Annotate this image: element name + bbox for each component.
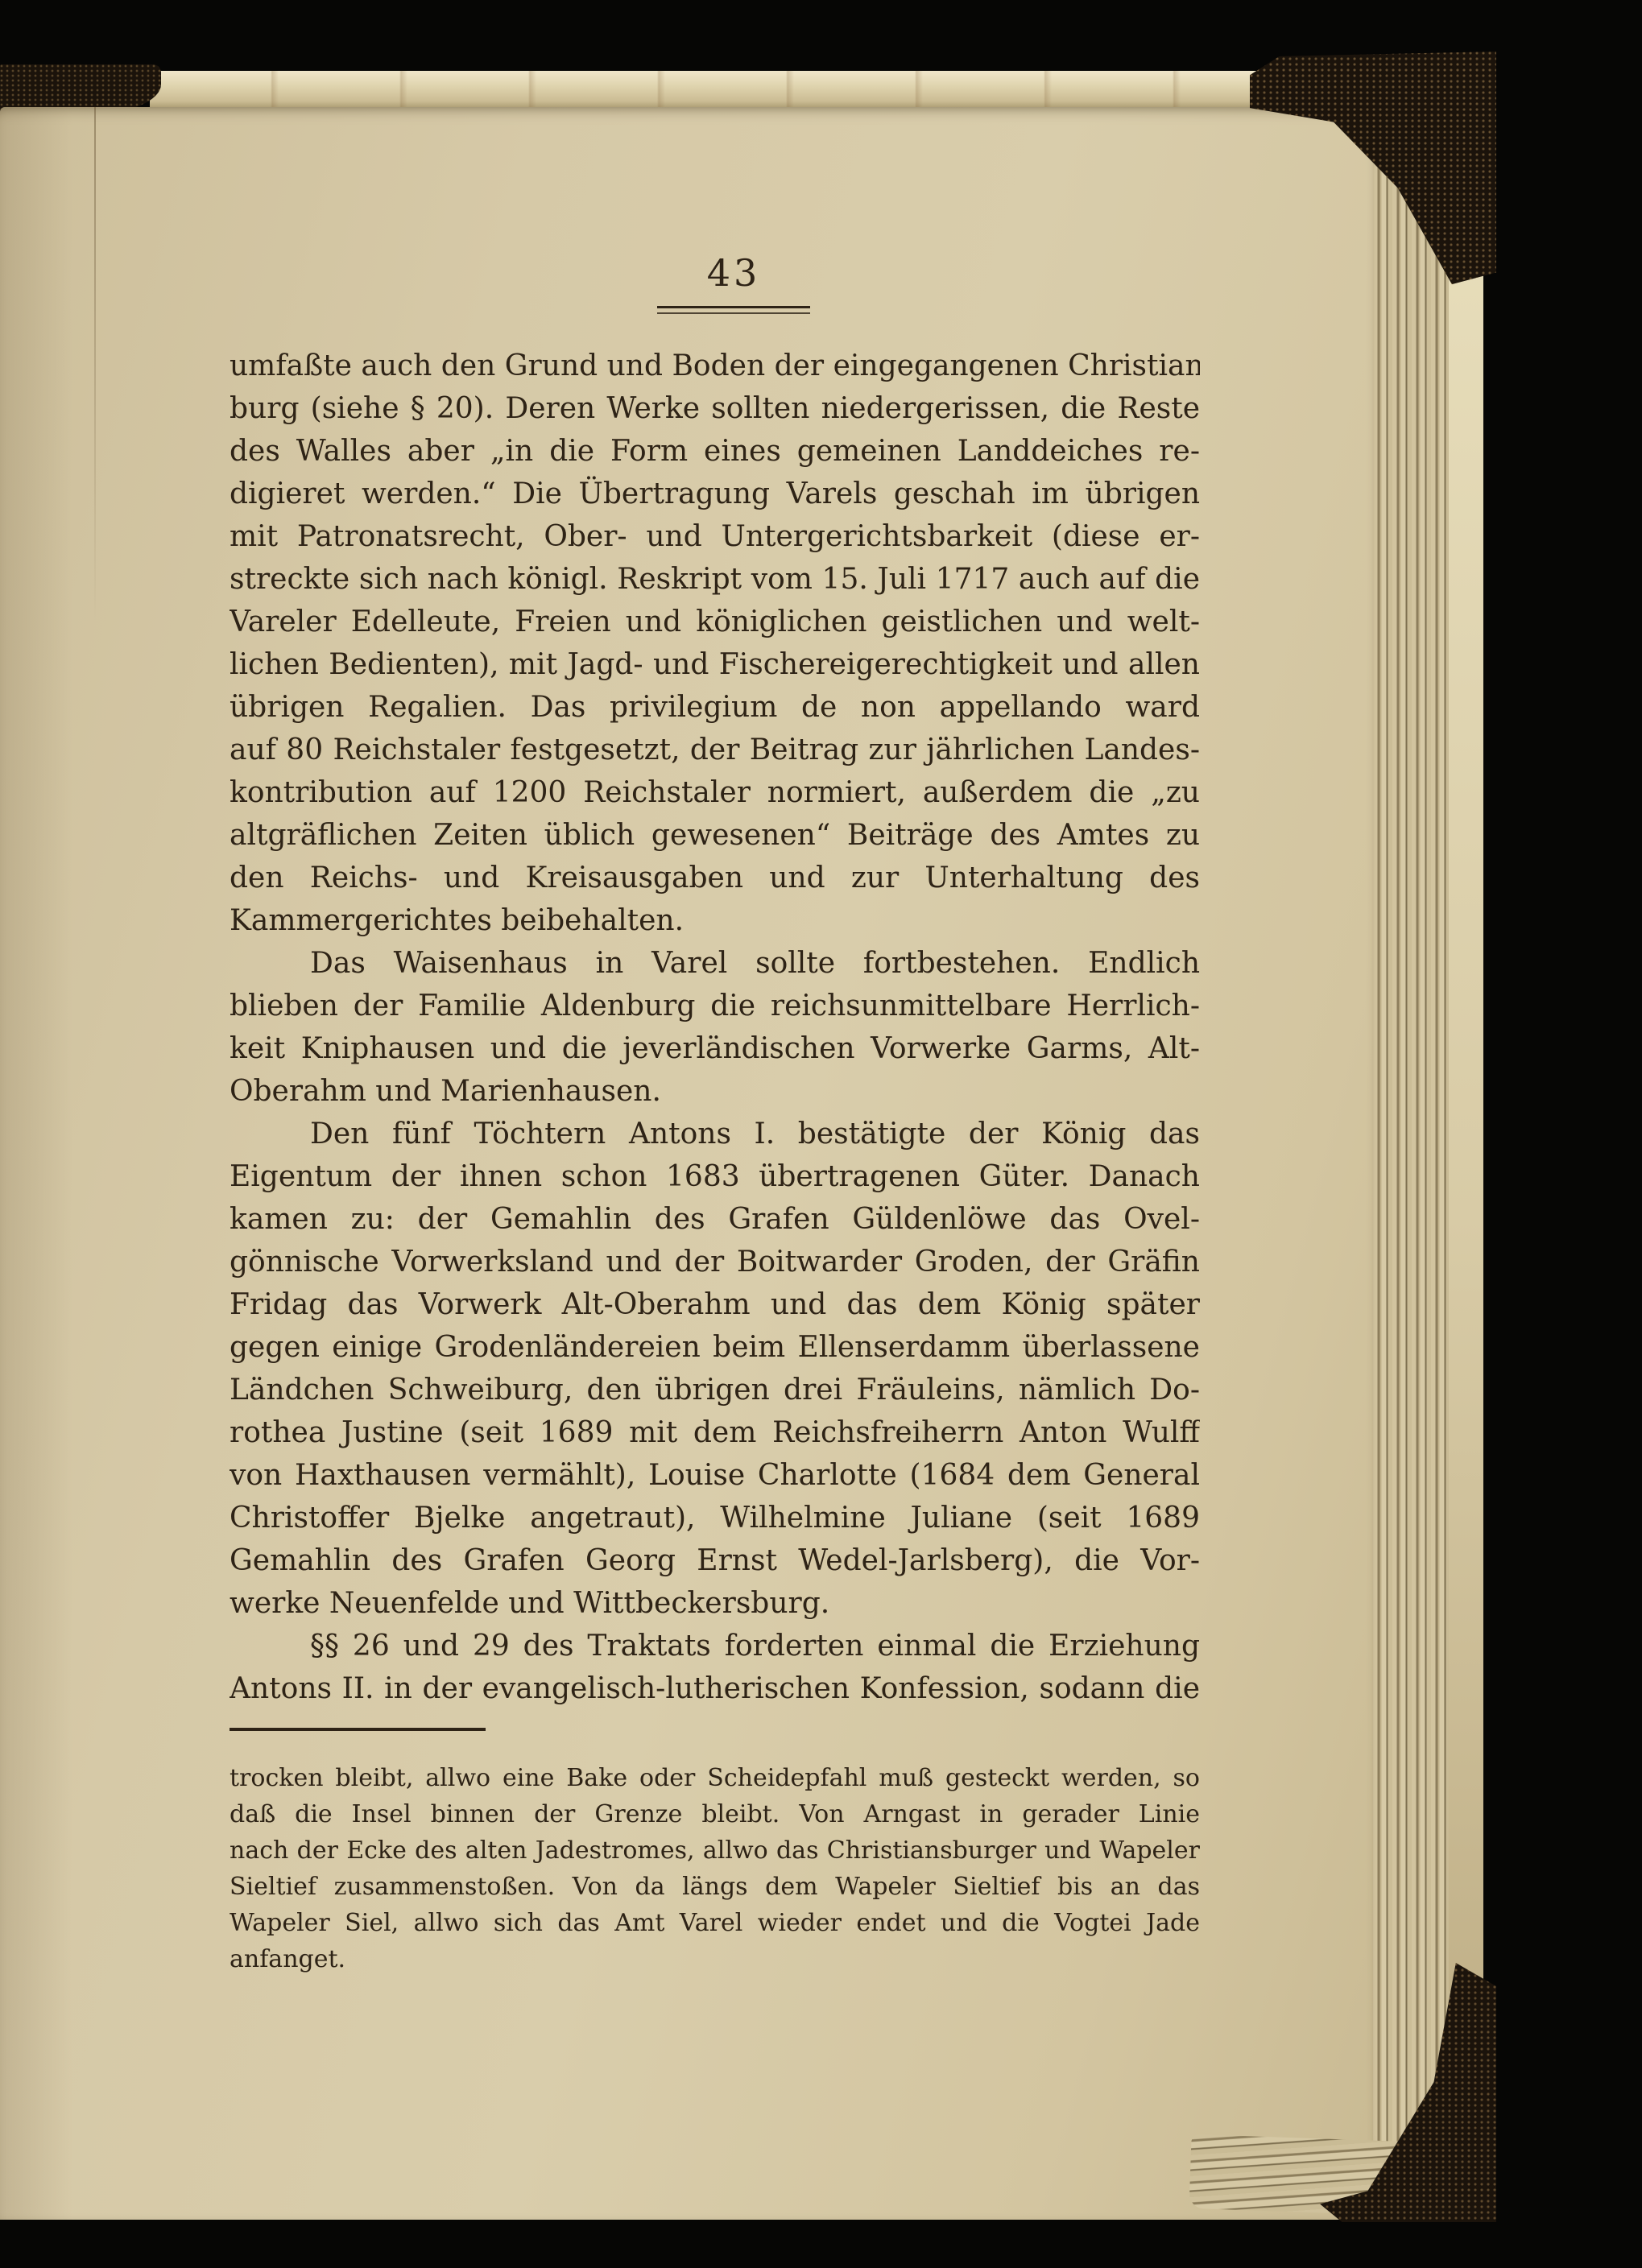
text-line: von Haxthausen vermählt), Louise Charlot…: [230, 1454, 1200, 1497]
text-line: altgräflichen Zeiten üblich gewesenen“ B…: [230, 814, 1200, 857]
text-line: Wapeler Siel, allwo sich das Amt Varel w…: [230, 1905, 1200, 1941]
text-line: Kammergerichtes beibehalten.: [230, 899, 1200, 942]
page-fold-crease: [94, 107, 96, 622]
text-line: Ländchen Schweiburg, den übrigen drei Fr…: [230, 1369, 1200, 1411]
text-line: gönnische Vorwerksland und der Boitwarde…: [230, 1241, 1200, 1283]
text-line: digieret werden.“ Die Übertragung Varels…: [230, 473, 1200, 515]
text-line: Oberahm und Marienhausen.: [230, 1070, 1200, 1113]
outer-page-edge: [1449, 266, 1483, 1993]
text-line: blieben der Familie Aldenburg die reichs…: [230, 985, 1200, 1027]
text-line: Das Waisenhaus in Varel sollte fortbeste…: [230, 942, 1200, 985]
text-line: §§ 26 und 29 des Traktats forderten einm…: [230, 1625, 1200, 1667]
text-line: Christoffer Bjelke angetraut), Wilhelmin…: [230, 1497, 1200, 1539]
text-line: Fridag das Vorwerk Alt-Oberahm und das d…: [230, 1283, 1200, 1326]
text-line: den Reichs- und Kreisausgaben und zur Un…: [230, 857, 1200, 899]
text-line: Vareler Edelleute, Freien und königliche…: [230, 601, 1200, 643]
text-line: burg (siehe § 20). Deren Werke sollten n…: [230, 387, 1200, 430]
text-line: anfanget.: [230, 1941, 1200, 1977]
text-line: übrigen Regalien. Das privilegium de non…: [230, 686, 1200, 729]
text-line: Sieltief zusammenstoßen. Von da längs de…: [230, 1869, 1200, 1905]
text-line: lichen Bedienten), mit Jagd- und Fischer…: [230, 643, 1200, 686]
text-line: Gemahlin des Grafen Georg Ernst Wedel-Ja…: [230, 1539, 1200, 1582]
text-line: werke Neuenfelde und Wittbeckersburg.: [230, 1582, 1200, 1625]
text-line: nach der Ecke des alten Jadestromes, all…: [230, 1832, 1200, 1869]
footnote-text: trocken bleibt, allwo eine Bake oder Sch…: [230, 1760, 1200, 1977]
book-photo: 43 umfaßte auch den Grund und Boden der …: [0, 0, 1642, 2268]
text-line: trocken bleibt, allwo eine Bake oder Sch…: [230, 1760, 1200, 1796]
text-line: kamen zu: der Gemahlin des Grafen Gülden…: [230, 1198, 1200, 1241]
page-fore-edge-stack: [1373, 141, 1450, 2162]
text-line: daß die Insel binnen der Grenze bleibt. …: [230, 1796, 1200, 1832]
text-line: gegen einige Grodenländereien beim Ellen…: [230, 1326, 1200, 1369]
text-line: des Walles aber „in die Form eines gemei…: [230, 430, 1200, 473]
book-top-page-edges: [150, 71, 1429, 109]
text-line: keit Kniphausen und die jeverländischen …: [230, 1027, 1200, 1070]
text-line: Eigentum der ihnen schon 1683 übertragen…: [230, 1155, 1200, 1198]
page-number: 43: [659, 251, 809, 295]
text-line: umfaßte auch den Grund und Boden der ein…: [230, 345, 1200, 387]
page-number-underline: [657, 306, 810, 314]
body-text: umfaßte auch den Grund und Boden der ein…: [230, 345, 1200, 1710]
text-line: Den fünf Töchtern Antons I. bestätigte d…: [230, 1113, 1200, 1155]
text-line: Antons II. in der evangelisch-lutherisch…: [230, 1667, 1200, 1710]
text-line: rothea Justine (seit 1689 mit dem Reichs…: [230, 1411, 1200, 1454]
text-line: mit Patronatsrecht, Ober- und Untergeric…: [230, 515, 1200, 558]
footnote-separator: [230, 1728, 486, 1731]
text-line: kontribution auf 1200 Reichstaler normie…: [230, 771, 1200, 814]
text-line: streckte sich nach königl. Reskript vom …: [230, 558, 1200, 601]
text-line: auf 80 Reichstaler festgesetzt, der Beit…: [230, 729, 1200, 771]
